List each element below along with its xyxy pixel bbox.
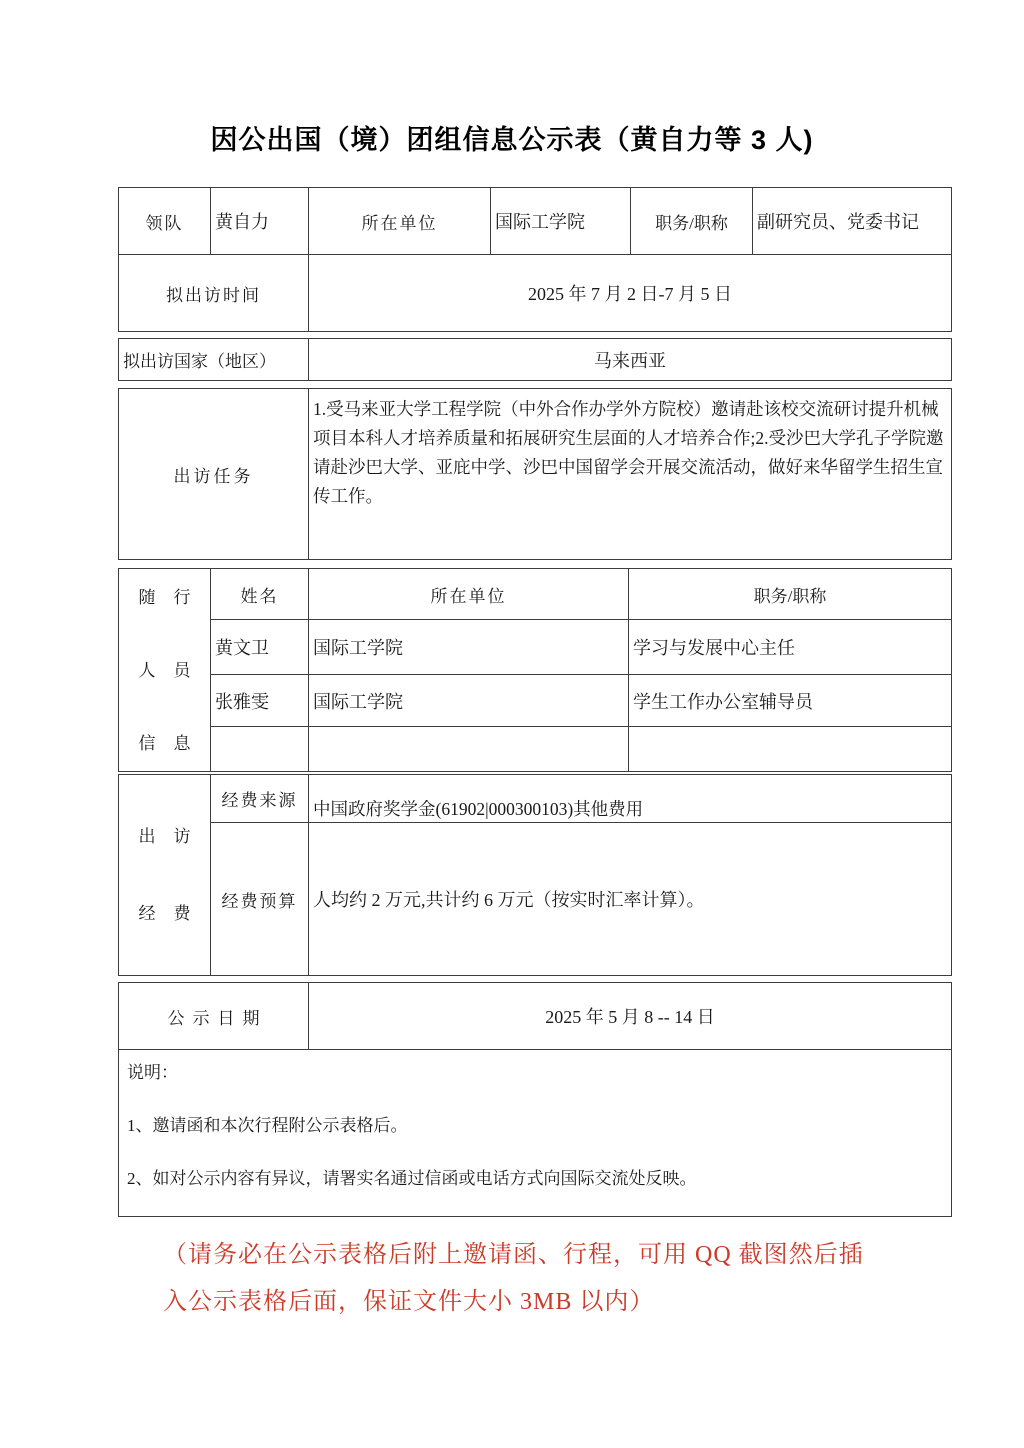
notes-item: 2、如对公示内容有异议，请署实名通过信函或电话方式向国际交流处反映。	[127, 1168, 943, 1190]
entourage-label-line: 人员	[139, 662, 209, 679]
entourage-header-unit: 所在单位	[309, 569, 629, 619]
funding-budget-label: 经费预算	[211, 823, 309, 975]
red-reminder-line: （请务必在公示表格后附上邀请函、行程，可用 QQ 截图然后插	[163, 1232, 923, 1279]
entourage-table: 姓名 所在单位 职务/职称 黄文卫 国际工学院 学习与发展中心主任 张雅雯 国际…	[211, 569, 951, 771]
entourage-unit: 国际工学院	[309, 620, 629, 674]
leader-row: 领队 黄自力 所在单位 国际工学院 职务/职称 副研究员、党委书记	[119, 188, 951, 255]
entourage-unit	[309, 727, 629, 771]
entourage-label: 随行 人员 信息	[119, 569, 211, 771]
funding-budget-row: 经费预算 人均约 2 万元,共计约 6 万元（按实时汇率计算）。	[211, 823, 951, 975]
entourage-position: 学习与发展中心主任	[629, 620, 951, 674]
funding-source-label: 经费来源	[211, 775, 309, 822]
funding-label: 出访 经费	[119, 775, 211, 975]
time-value: 2025 年 7 月 2 日-7 月 5 日	[309, 255, 951, 331]
funding-section: 出访 经费 经费来源 中国政府奖学金(61902|000300103)其他费用 …	[118, 774, 952, 976]
mission-section: 出访任务 1.受马来亚大学工程学院（中外合作办学外方院校）邀请赴该校交流研讨提升…	[118, 388, 952, 560]
funding-label-line: 出访	[139, 828, 209, 845]
entourage-position	[629, 727, 951, 771]
time-label: 拟出访时间	[119, 255, 309, 331]
entourage-name	[211, 727, 309, 771]
entourage-header-name: 姓名	[211, 569, 309, 619]
country-value: 马来西亚	[309, 339, 951, 380]
notes-row: 说明： 1、邀请函和本次行程附公示表格后。 2、如对公示内容有异议，请署实名通过…	[119, 1050, 951, 1216]
entourage-label-line: 信息	[139, 735, 209, 752]
leader-time-section: 领队 黄自力 所在单位 国际工学院 职务/职称 副研究员、党委书记 拟出访时间 …	[118, 187, 952, 332]
funding-source-row: 经费来源 中国政府奖学金(61902|000300103)其他费用	[211, 775, 951, 823]
country-section: 拟出访国家（地区） 马来西亚	[118, 338, 952, 381]
entourage-row: 黄文卫 国际工学院 学习与发展中心主任	[211, 620, 951, 675]
entourage-label-line: 随行	[139, 589, 209, 606]
leader-name: 黄自力	[211, 188, 309, 254]
page-title: 因公出国（境）团组信息公示表（黄自力等 3 人)	[0, 118, 1024, 157]
document-page: 因公出国（境）团组信息公示表（黄自力等 3 人) 领队 黄自力 所在单位 国际工…	[0, 0, 1024, 1448]
notes-heading: 说明：	[127, 1062, 943, 1084]
leader-position-label: 职务/职称	[631, 188, 753, 254]
leader-unit-label: 所在单位	[309, 188, 491, 254]
entourage-row-empty	[211, 727, 951, 771]
leader-position-value: 副研究员、党委书记	[753, 188, 923, 254]
form-table: 领队 黄自力 所在单位 国际工学院 职务/职称 副研究员、党委书记 拟出访时间 …	[118, 187, 952, 1217]
entourage-position: 学生工作办公室辅导员	[629, 675, 951, 726]
notes-item: 1、邀请函和本次行程附公示表格后。	[127, 1115, 943, 1137]
funding-table: 经费来源 中国政府奖学金(61902|000300103)其他费用 经费预算 人…	[211, 775, 951, 975]
entourage-row: 张雅雯 国际工学院 学生工作办公室辅导员	[211, 675, 951, 727]
publicity-value: 2025 年 5 月 8 -- 14 日	[309, 983, 951, 1049]
publicity-label: 公示日期	[119, 983, 309, 1049]
notes-block: 说明： 1、邀请函和本次行程附公示表格后。 2、如对公示内容有异议，请署实名通过…	[119, 1050, 951, 1216]
publicity-notes-section: 公示日期 2025 年 5 月 8 -- 14 日 说明： 1、邀请函和本次行程…	[118, 982, 952, 1217]
red-reminder-note: （请务必在公示表格后附上邀请函、行程，可用 QQ 截图然后插 入公示表格后面，保…	[163, 1232, 923, 1326]
entourage-name: 黄文卫	[211, 620, 309, 674]
entourage-header-row: 姓名 所在单位 职务/职称	[211, 569, 951, 620]
entourage-header-position: 职务/职称	[629, 569, 951, 619]
mission-row: 出访任务 1.受马来亚大学工程学院（中外合作办学外方院校）邀请赴该校交流研讨提升…	[119, 389, 951, 559]
publicity-row: 公示日期 2025 年 5 月 8 -- 14 日	[119, 983, 951, 1050]
red-reminder-line: 入公示表格后面，保证文件大小 3MB 以内）	[163, 1279, 923, 1326]
country-label: 拟出访国家（地区）	[119, 339, 309, 380]
entourage-unit: 国际工学院	[309, 675, 629, 726]
funding-source-value: 中国政府奖学金(61902|000300103)其他费用	[309, 775, 951, 822]
country-row: 拟出访国家（地区） 马来西亚	[119, 339, 951, 380]
entourage-section: 随行 人员 信息 姓名 所在单位 职务/职称 黄文卫 国际工学院 学习与发展中心…	[118, 568, 952, 772]
mission-value: 1.受马来亚大学工程学院（中外合作办学外方院校）邀请赴该校交流研讨提升机械项目本…	[309, 389, 951, 559]
leader-label: 领队	[119, 188, 211, 254]
leader-unit-value: 国际工学院	[491, 188, 631, 254]
time-row: 拟出访时间 2025 年 7 月 2 日-7 月 5 日	[119, 255, 951, 331]
mission-label: 出访任务	[119, 389, 309, 559]
funding-label-line: 经费	[139, 905, 209, 922]
entourage-name: 张雅雯	[211, 675, 309, 726]
funding-budget-value: 人均约 2 万元,共计约 6 万元（按实时汇率计算）。	[309, 823, 951, 975]
